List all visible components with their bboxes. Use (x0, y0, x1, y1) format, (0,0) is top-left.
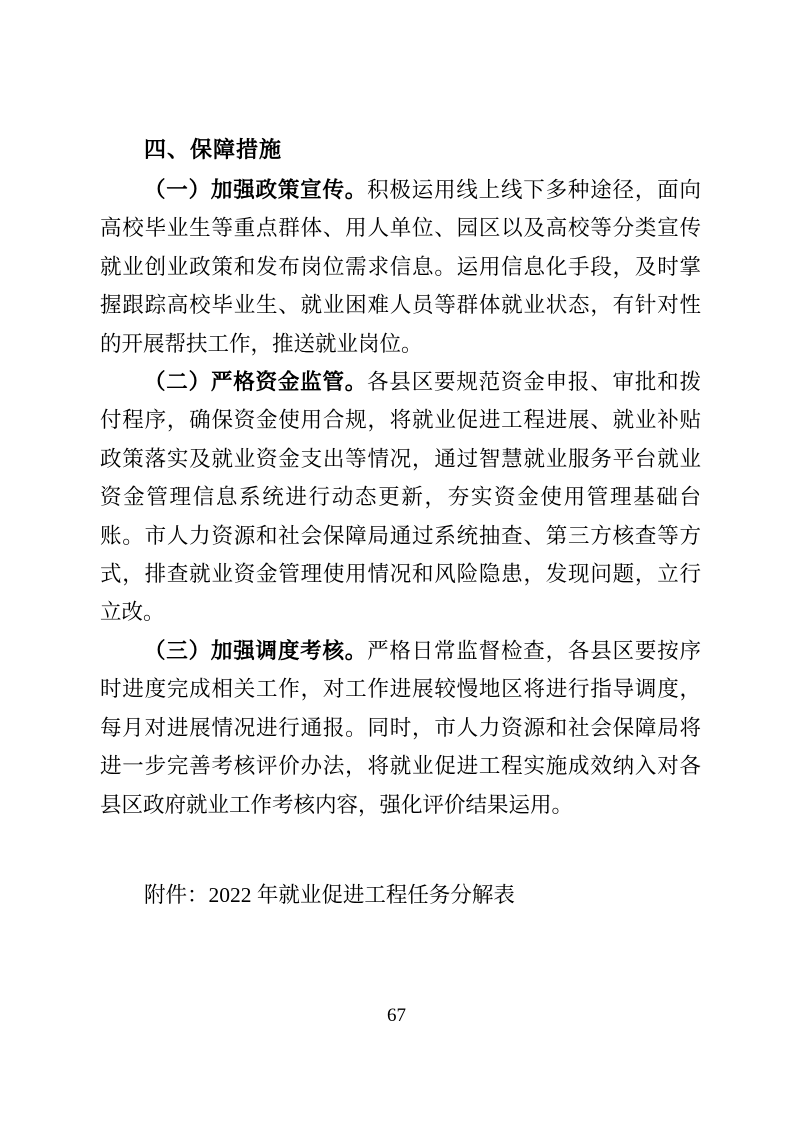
paragraph-lead: （一）加强政策宣传。 (144, 178, 367, 202)
attachment-line: 附件：2022 年就业促进工程任务分解表 (100, 876, 701, 914)
paragraph-body: 积极运用线上线下多种途径，面向高校毕业生等重点群体、用人单位、园区以及高校等分类… (100, 178, 701, 356)
paragraph: （二）严格资金监管。各县区要规范资金申报、审批和拨付程序，确保资金使用合规，将就… (100, 363, 701, 632)
paragraph: （一）加强政策宣传。积极运用线上线下多种途径，面向高校毕业生等重点群体、用人单位… (100, 171, 701, 363)
document-content: 四、保障措施 （一）加强政策宣传。积极运用线上线下多种途径，面向高校毕业生等重点… (100, 131, 701, 914)
document-page: 四、保障措施 （一）加强政策宣传。积极运用线上线下多种途径，面向高校毕业生等重点… (0, 0, 793, 1122)
paragraph-body: 各县区要规范资金申报、审批和拨付程序，确保资金使用合规，将就业促进工程进展、就业… (100, 370, 701, 624)
page-number: 67 (0, 1004, 793, 1028)
paragraph-lead: （二）严格资金监管。 (144, 370, 367, 394)
section-heading: 四、保障措施 (100, 131, 701, 169)
paragraph-body: 严格日常监督检查，各县区要按序时进度完成相关工作，对工作进展较慢地区将进行指导调… (100, 639, 701, 817)
paragraph: （三）加强调度考核。严格日常监督检查，各县区要按序时进度完成相关工作，对工作进展… (100, 632, 701, 824)
paragraph-lead: （三）加强调度考核。 (144, 639, 367, 663)
